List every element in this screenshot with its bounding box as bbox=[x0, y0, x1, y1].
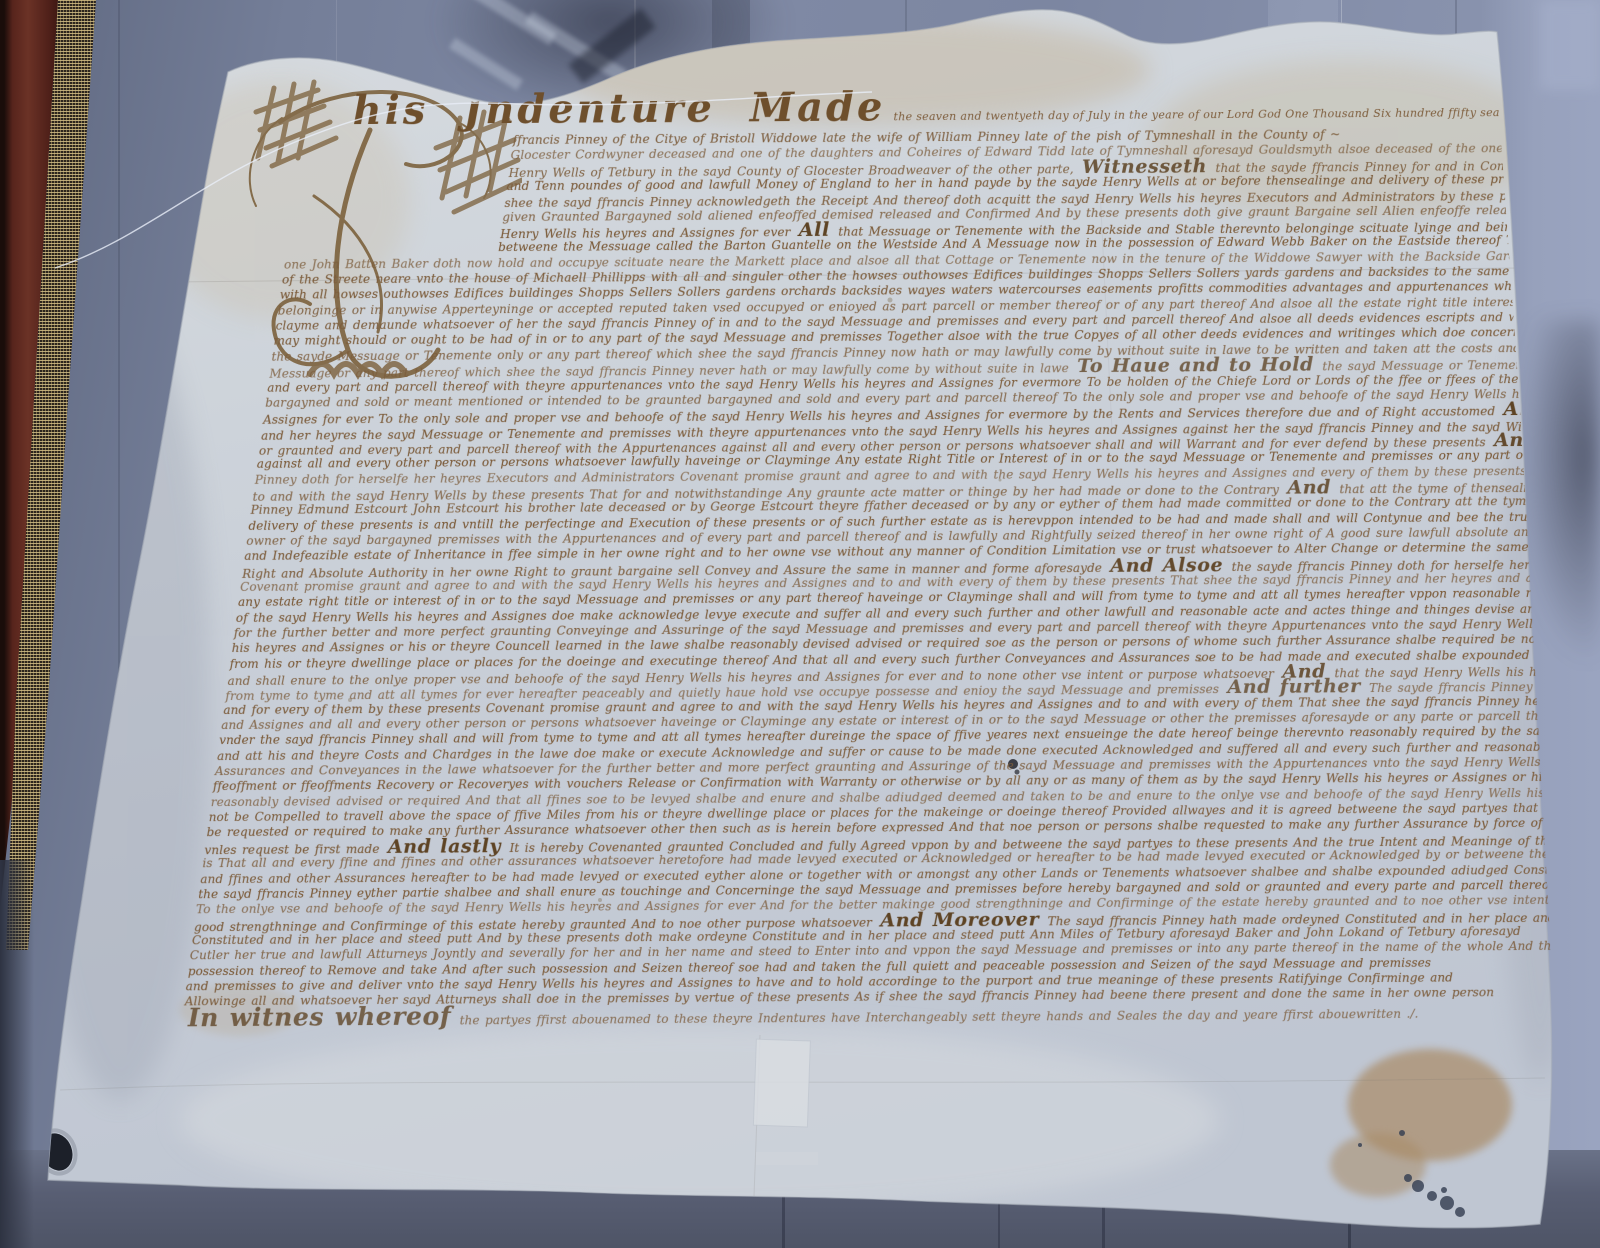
thread-fiber bbox=[0, 0, 1600, 1248]
photo-of-parchment-indenture: his Jndenture Made the seaven and twenty… bbox=[0, 0, 1600, 1248]
